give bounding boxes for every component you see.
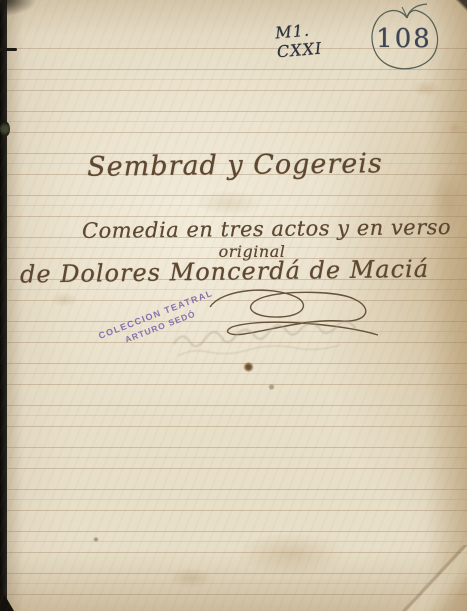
foxing-spot (446, 122, 465, 135)
page-number: 108 (372, 24, 436, 54)
ink-speck (93, 537, 99, 542)
binding-mark (0, 48, 17, 51)
archive-mark: M1. CXXI (274, 17, 357, 62)
ink-bleedthrough (168, 318, 378, 360)
corner-shadow-bottom-left (0, 587, 14, 611)
paper-stain (50, 292, 78, 307)
paper-stain (236, 532, 346, 576)
corner-smudge-top-left (0, 0, 36, 16)
paper-stain (196, 190, 262, 216)
manuscript-page: M1. CXXI 108 Sembrad y Cogereis Comedia … (0, 0, 467, 611)
binding-edge (0, 0, 7, 611)
stitch-knot (0, 121, 10, 137)
manuscript-subtitle: Comedia en tres actos y en verso (82, 215, 442, 243)
corner-notch-top-right (454, 0, 467, 13)
foxing-spot (412, 80, 440, 97)
manuscript-title: Sembrad y Cogereis (70, 148, 400, 183)
ink-stain (268, 384, 275, 390)
page-corner-fold (375, 545, 467, 611)
paper-stain (168, 568, 214, 588)
page-number-badge: 108 (366, 2, 446, 74)
ink-stain (243, 362, 254, 372)
